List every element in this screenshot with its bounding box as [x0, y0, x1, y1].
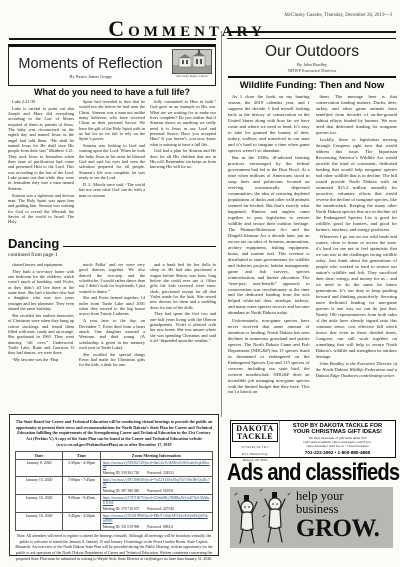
- hearing-date: January 16, 2020: [16, 495, 63, 513]
- hearing-date: January 15, 2020: [16, 477, 63, 495]
- table-row: January 16, 2020 9:00am - 9:45am https:/…: [16, 495, 213, 513]
- grow-ad-grow-word: GROW.: [296, 516, 393, 541]
- dakota-tackle-logo: DAKOTA TACKLE: [232, 423, 278, 442]
- dakota-ad-phone: 701-222-3092 • 1-800-880-4865: [280, 450, 395, 455]
- right-double-rule: [227, 31, 396, 39]
- meeting-id: Meeting ID: 539 262 720: [103, 471, 140, 475]
- table-header-row: Date Time Zoom Meeting Information: [16, 451, 213, 459]
- hearing-time: 7:00pm - 7:45pm: [63, 477, 100, 495]
- grow-ad-box: help your business GROW.: [230, 487, 393, 548]
- moments-headline: What do you need to have a full life?: [8, 87, 216, 97]
- dakota-tackle-ad: DAKOTA TACKLE #7 Fork Rd. Ste. 3 & 5201 …: [230, 420, 396, 458]
- zoom-meeting-link[interactable]: https://zoom.us/j/587386040?pwd=7wZ2Yk3N…: [103, 478, 210, 487]
- moments-of-reflection-masthead: Moments of Reflection By Pastor James Gr…: [8, 44, 216, 86]
- outdoors-byline: By John Bradley NDWF Executive Director: [228, 62, 396, 74]
- church-photo-caption: McClusky Baptist Church: [172, 75, 212, 78]
- dakota-ad-headline-line1: STOP BY DAKOTA TACKLE FOR: [280, 423, 395, 430]
- cheering-people-cartoon: [230, 487, 296, 548]
- zoom-meeting-link[interactable]: https://zoom.us/j/179718675?pwd=Z2hvb8Ky…: [103, 496, 210, 505]
- meeting-password: Password: 089211: [147, 525, 173, 529]
- dancing-column-3: and a bunk bed for her dolls to sleep in…: [150, 262, 216, 409]
- outdoors-byline-role: NDWF Executive Director: [228, 68, 396, 74]
- church-photo-art: [173, 50, 211, 73]
- dakota-ad-headline: STOP BY DAKOTA TACKLE FOR YOUR CHRISTMAS…: [280, 423, 395, 436]
- dancing-article-body: chased horses and equipment.They built a…: [8, 262, 216, 409]
- outdoors-column-1: As I close the book on my hunting season…: [228, 94, 310, 417]
- cte-hearings-table: Date Time Zoom Meeting Information Janua…: [15, 451, 213, 531]
- col-header-zoom-info: Zoom Meeting Information: [100, 451, 212, 459]
- dancing-column-1: chased horses and equipment.They built a…: [8, 262, 74, 409]
- table-row: January 8, 2020 3:30pm - 4:30pm https://…: [16, 459, 213, 477]
- newspaper-page: McClusky Gazette, Thursday, December 26,…: [0, 0, 400, 567]
- moments-column-1: Luke 2:21-39Luke is careful to point out…: [8, 99, 74, 232]
- cte-hearings-notice: The State Board for Career and Technical…: [9, 414, 219, 556]
- hearing-time: 3:30pm - 4:30pm: [63, 459, 100, 477]
- zoom-meeting-link[interactable]: https://zoom.us/j/551019998?pwd=PBvY7z0y…: [103, 514, 210, 523]
- col-header-time: Time: [63, 451, 100, 459]
- column-divider-rule: [221, 31, 222, 417]
- moments-column-3: fully committed to Him in faith.” God ga…: [150, 99, 216, 232]
- outdoors-headline: Wildlife Funding: Then and Now: [228, 80, 396, 91]
- moments-title: Moments of Reflection: [9, 56, 172, 72]
- church-photo: [172, 49, 212, 74]
- moments-article-body: Luke 2:21-39Luke is careful to point out…: [8, 99, 216, 232]
- outdoors-title: Our Outdoors: [228, 43, 396, 61]
- table-row: January 15, 2020 7:00pm - 7:45pm https:/…: [16, 477, 213, 495]
- dakota-ad-headline-line2: YOUR CHRISTMAS GIFT IDEAS!: [280, 429, 395, 436]
- moments-column-2: Spirit had revealed to him that he would…: [79, 99, 145, 232]
- logo-word-tackle: TACKLE: [236, 433, 274, 441]
- meeting-password: Password: 427540: [147, 507, 173, 511]
- col-header-date: Date: [16, 451, 63, 459]
- meeting-password: Password: 334533: [147, 471, 173, 475]
- dakota-ad-line3: Open Saturdays until 6 p.m. • Closed Sun…: [280, 444, 395, 448]
- hearing-time: 9:00am - 9:45am: [63, 495, 100, 513]
- dancing-title: Dancing: [8, 236, 59, 251]
- dancing-header: Dancing: [8, 236, 216, 251]
- meeting-id: Meeting ID: 551 019 998: [103, 525, 140, 529]
- dancing-rule: [63, 246, 216, 247]
- hearing-time: 3:45pm - 4:30pm: [63, 513, 100, 531]
- dancing-continued-line: continued from page 1: [8, 252, 58, 258]
- hearing-date: January 16, 2020: [16, 513, 63, 531]
- grow-ad-line2: business: [296, 503, 393, 516]
- hearing-date: January 8, 2020: [16, 459, 63, 477]
- cte-notice-note: Note: All attendees will need to registe…: [15, 534, 213, 562]
- zoom-meeting-link[interactable]: https://zoom.us/j/539262720?pwd=4mL3uTv3…: [103, 461, 210, 470]
- dancing-column-2: notch Polka’ and we were very good dance…: [79, 262, 145, 409]
- grow-ad-line1: help your: [296, 490, 393, 503]
- meeting-id: Meeting ID: 179 718 675: [103, 507, 140, 511]
- moments-byline: By Pastor James Grupp: [9, 74, 172, 79]
- meeting-password: Password: 561931: [147, 489, 173, 493]
- outdoors-column-2: them. The message here is that conservat…: [316, 94, 398, 417]
- grow-ad-title: Ads and classifieds: [227, 459, 375, 487]
- table-row: January 16, 2020 3:45pm - 4:30pm https:/…: [16, 513, 213, 531]
- outdoors-article-body: As I close the book on my hunting season…: [228, 94, 397, 417]
- cte-notice-intro: The State Board for Career and Technical…: [15, 419, 213, 448]
- outdoors-rule: [228, 76, 396, 78]
- meeting-id: Meeting ID: 587 386 040: [103, 489, 140, 493]
